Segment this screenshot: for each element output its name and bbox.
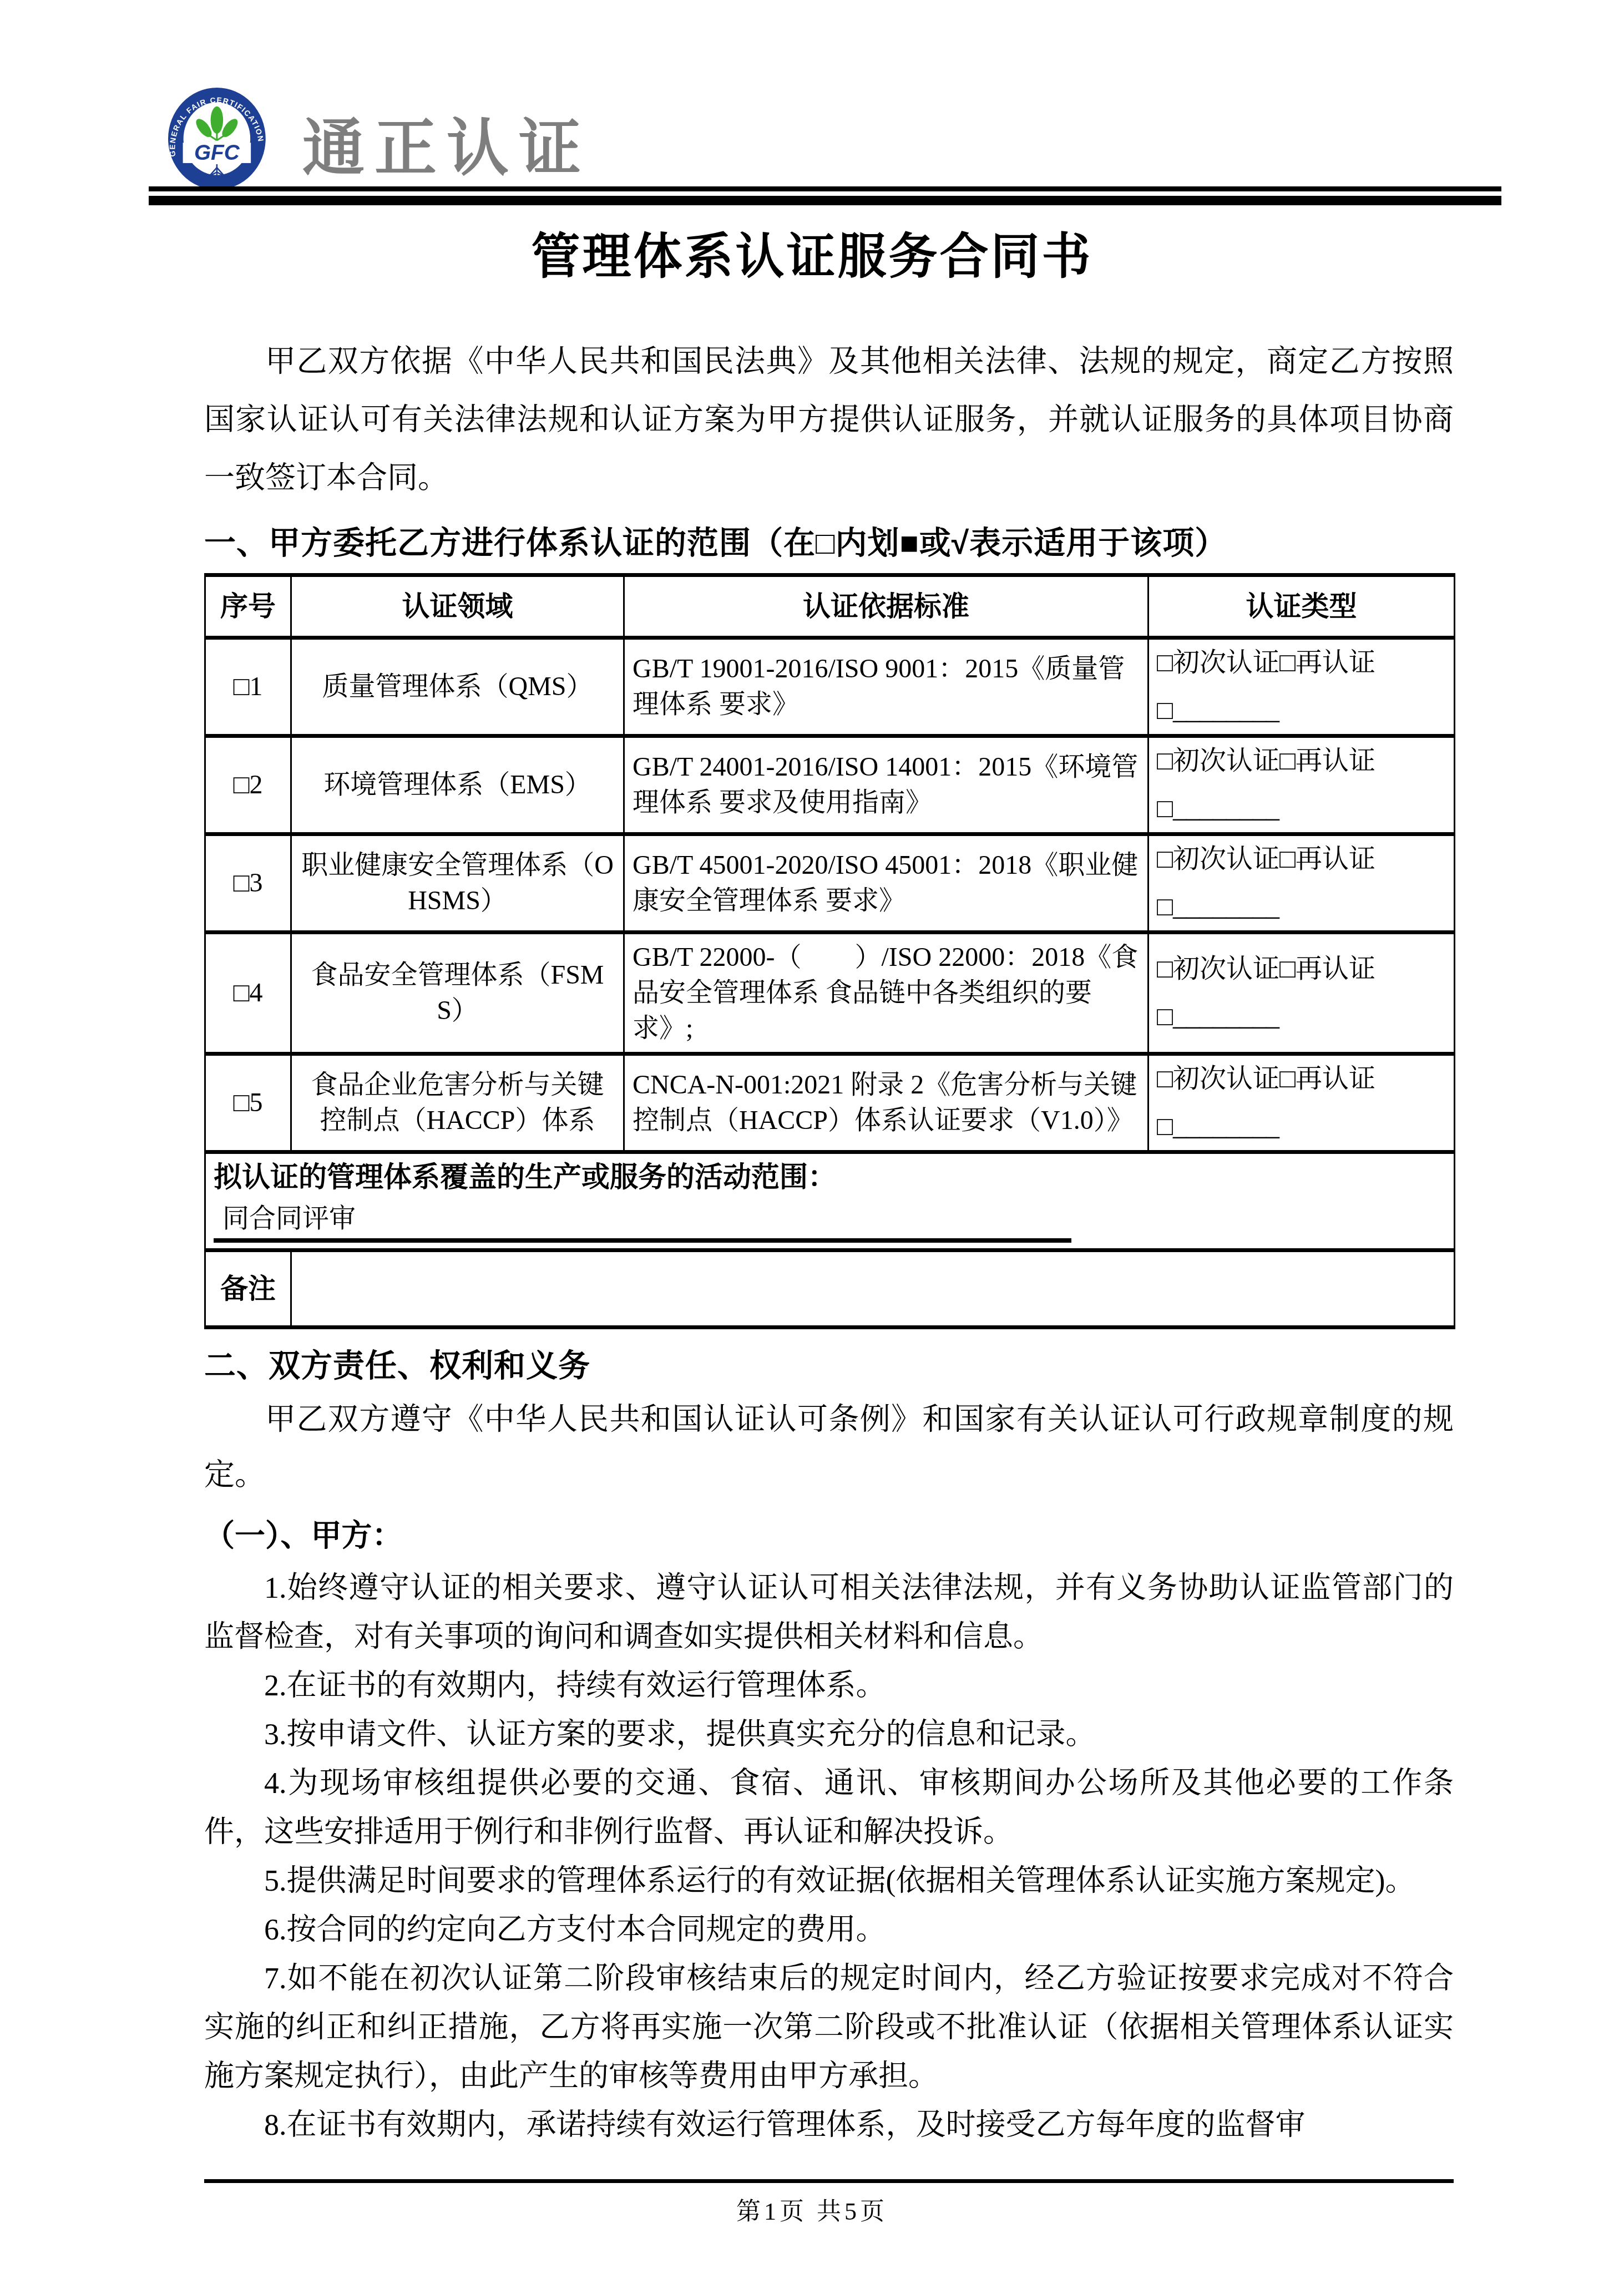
- col-header-type: 认证类型: [1149, 575, 1455, 638]
- gfc-logo-graphic: GENERAL FAIR CERTIFICATION GFC: [156, 86, 284, 191]
- col-header-field: 认证领域: [291, 575, 624, 638]
- list-item: 7.如不能在初次认证第二阶段审核结束后的规定时间内，经乙方验证按要求完成对不符合…: [204, 1954, 1454, 2100]
- col-header-standard: 认证依据标准: [624, 575, 1149, 638]
- cert-type-other-checkbox: □________: [1157, 889, 1446, 925]
- col-header-no: 序号: [205, 575, 291, 638]
- cert-type-checkboxes: □初次认证□再认证: [1157, 1061, 1446, 1097]
- cert-standard: GB/T 45001-2020/ISO 45001：2018《职业健康安全管理体…: [624, 834, 1149, 933]
- section2-heading: 二、双方责任、权利和义务: [204, 1348, 1454, 1384]
- cert-standard: GB/T 24001-2016/ISO 14001：2015《环境管理体系 要求…: [624, 736, 1149, 834]
- scope-label: 拟认证的管理体系覆盖的生产或服务的活动范围：: [214, 1159, 1446, 1196]
- header-rule-thick: [149, 196, 1501, 205]
- remark-empty-cell: [291, 1250, 1455, 1328]
- row-checkbox-no: □4: [205, 933, 291, 1054]
- cert-type-cell: □初次认证□再认证 □________: [1149, 933, 1455, 1054]
- list-item: 5.提供满足时间要求的管理体系运行的有效证据(依据相关管理体系认证实施方案规定)…: [204, 1856, 1454, 1905]
- footer-rule: [204, 2179, 1454, 2183]
- cert-type-checkboxes: □初次认证□再认证: [1157, 743, 1446, 779]
- table-row-fsms: □4 食品安全管理体系（FSMS） GB/T 22000-（ ）/ISO 220…: [205, 933, 1455, 1054]
- cert-type-checkboxes: □初次认证□再认证: [1157, 842, 1446, 877]
- section2-intro: 甲乙双方遵守《中华人民共和国认证认可条例》和国家有关认证认可行政规章制度的规定。: [204, 1391, 1454, 1502]
- page-title: 管理体系认证服务合同书: [0, 217, 1624, 287]
- scope-value-underline: 同合同评审: [214, 1198, 1071, 1243]
- logo-monogram: GFC: [194, 141, 240, 165]
- row-checkbox-no: □5: [205, 1054, 291, 1152]
- cert-field: 环境管理体系（EMS）: [291, 736, 624, 834]
- section2-sub-heading: （一）、甲方：: [204, 1517, 1454, 1553]
- cert-type-other-checkbox: □________: [1157, 693, 1446, 728]
- table-row-ohsms: □3 职业健康安全管理体系（OHSMS） GB/T 45001-2020/ISO…: [205, 834, 1455, 933]
- table-row-remark: 备注: [205, 1250, 1455, 1328]
- cert-field: 质量管理体系（QMS）: [291, 638, 624, 736]
- remark-label: 备注: [205, 1250, 291, 1328]
- row-checkbox-no: □3: [205, 834, 291, 933]
- row-checkbox-no: □2: [205, 736, 291, 834]
- intro-paragraph: 甲乙双方依据《中华人民共和国民法典》及其他相关法律、法规的规定，商定乙方按照国家…: [204, 332, 1454, 507]
- table-header-row: 序号 认证领域 认证依据标准 认证类型: [205, 575, 1455, 638]
- table-row-scope: 拟认证的管理体系覆盖的生产或服务的活动范围： 同合同评审: [205, 1152, 1455, 1250]
- table-row-haccp: □5 食品企业危害分析与关键控制点（HACCP）体系 CNCA-N-001:20…: [205, 1054, 1455, 1152]
- cert-standard: GB/T 19001-2016/ISO 9001：2015《质量管理体系 要求》: [624, 638, 1149, 736]
- gfc-logo: GENERAL FAIR CERTIFICATION GFC: [156, 86, 284, 191]
- cert-standard: CNCA-N-001:2021 附录 2《危害分析与关键控制点（HACCP）体系…: [624, 1054, 1149, 1152]
- contract-document-page: GENERAL FAIR CERTIFICATION GFC 通正认证 管理体系…: [0, 0, 1624, 2284]
- row-checkbox-no: □1: [205, 638, 291, 736]
- cert-type-other-checkbox: □________: [1157, 999, 1446, 1035]
- certification-scope-table: 序号 认证领域 认证依据标准 认证类型 □1 质量管理体系（QMS） GB/T …: [204, 573, 1455, 1329]
- header-rule-thin: [149, 186, 1501, 191]
- page-number: 第1页 共5页: [0, 2191, 1624, 2227]
- list-item: 2.在证书的有效期内，持续有效运行管理体系。: [204, 1661, 1454, 1710]
- table-row-qms: □1 质量管理体系（QMS） GB/T 19001-2016/ISO 9001：…: [205, 638, 1455, 736]
- cert-field: 职业健康安全管理体系（OHSMS）: [291, 834, 624, 933]
- list-item: 4.为现场审核组提供必要的交通、食宿、通讯、审核期间办公场所及其他必要的工作条件…: [204, 1759, 1454, 1856]
- brand-name: 通正认证: [302, 118, 591, 180]
- table-row-ems: □2 环境管理体系（EMS） GB/T 24001-2016/ISO 14001…: [205, 736, 1455, 834]
- list-item: 3.按申请文件、认证方案的要求，提供真实充分的信息和记录。: [204, 1710, 1454, 1759]
- scope-cell: 拟认证的管理体系覆盖的生产或服务的活动范围： 同合同评审: [205, 1152, 1455, 1250]
- content-column: 甲乙双方依据《中华人民共和国民法典》及其他相关法律、法规的规定，商定乙方按照国家…: [204, 332, 1454, 2149]
- section1-heading: 一、甲方委托乙方进行体系认证的范围（在□内划■或√表示适用于该项）: [204, 525, 1454, 561]
- cert-type-cell: □初次认证□再认证 □________: [1149, 638, 1455, 736]
- list-item: 1.始终遵守认证的相关要求、遵守认证认可相关法律法规，并有义务协助认证监管部门的…: [204, 1563, 1454, 1661]
- cert-type-checkboxes: □初次认证□再认证: [1157, 645, 1446, 681]
- cert-field: 食品安全管理体系（FSMS）: [291, 933, 624, 1054]
- list-item: 6.按合同的约定向乙方支付本合同规定的费用。: [204, 1905, 1454, 1954]
- cert-type-checkboxes: □初次认证□再认证: [1157, 951, 1446, 987]
- cert-type-cell: □初次认证□再认证 □________: [1149, 834, 1455, 933]
- cert-type-other-checkbox: □________: [1157, 1109, 1446, 1144]
- cert-standard: GB/T 22000-（ ）/ISO 22000：2018《食品安全管理体系 食…: [624, 933, 1149, 1054]
- cert-field: 食品企业危害分析与关键控制点（HACCP）体系: [291, 1054, 624, 1152]
- party-a-obligations-list: 1.始终遵守认证的相关要求、遵守认证认可相关法律法规，并有义务协助认证监管部门的…: [204, 1563, 1454, 2149]
- cert-type-cell: □初次认证□再认证 □________: [1149, 1054, 1455, 1152]
- cert-type-other-checkbox: □________: [1157, 791, 1446, 827]
- list-item: 8.在证书有效期内，承诺持续有效运行管理体系，及时接受乙方每年度的监督审: [204, 2100, 1454, 2149]
- cert-type-cell: □初次认证□再认证 □________: [1149, 736, 1455, 834]
